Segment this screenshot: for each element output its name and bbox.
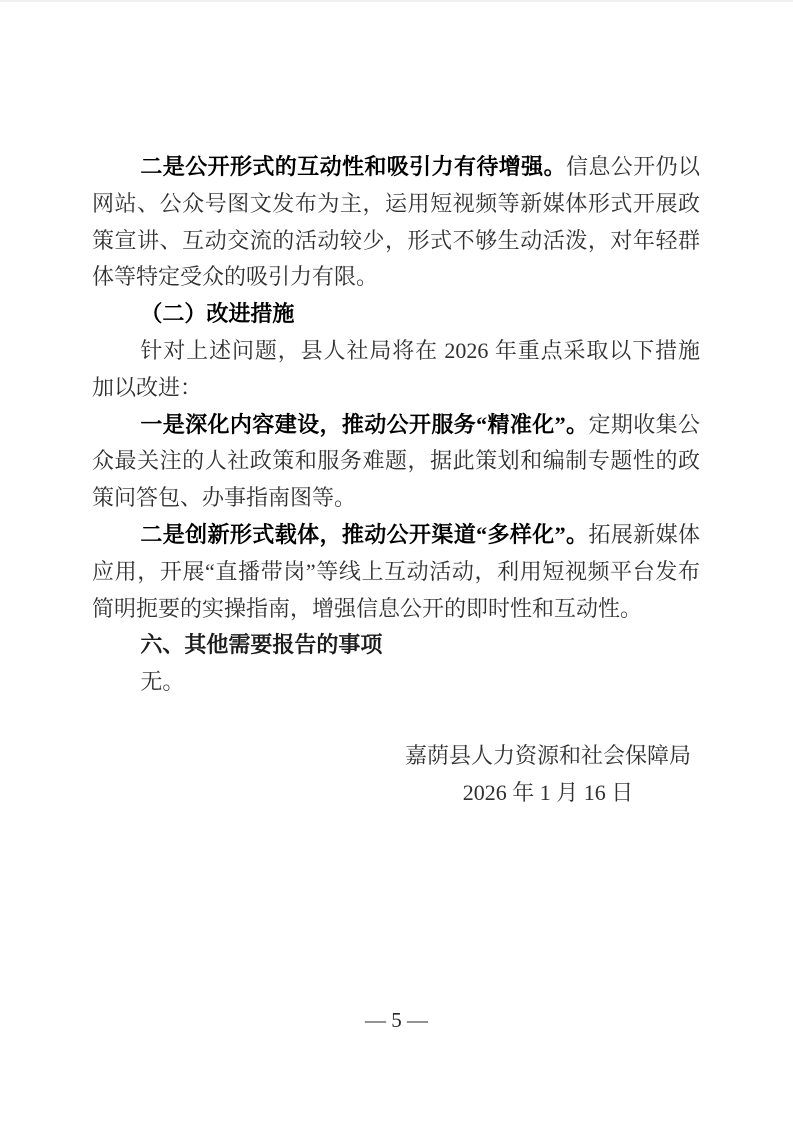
page-footer: — 5 — bbox=[0, 1005, 793, 1035]
signature-block: 嘉荫县人力资源和社会保障局 2026 年 1 月 16 日 bbox=[405, 738, 691, 812]
paragraph: 一是深化内容建设，推动公开服务“精准化”。定期收集公众最关注的人社政策和服务难题… bbox=[92, 407, 700, 517]
section-heading: 六、其他需要报告的事项 bbox=[92, 627, 700, 664]
paragraph: 二是公开形式的互动性和吸引力有待增强。信息公开仍以网站、公众号图文发布为主，运用… bbox=[92, 149, 700, 296]
document-page: 二是公开形式的互动性和吸引力有待增强。信息公开仍以网站、公众号图文发布为主，运用… bbox=[0, 0, 793, 1124]
paragraph: 无。 bbox=[92, 664, 700, 701]
paragraph-lead-emphasis: 一是深化内容建设，推动公开服务“精准化”。 bbox=[140, 412, 588, 437]
paragraph: 针对上述问题，县人社局将在 2026 年重点采取以下措施加以改进： bbox=[92, 333, 700, 407]
paragraph-lead-emphasis: 二是创新形式载体，推动公开渠道“多样化”。 bbox=[140, 522, 588, 547]
signature-organization: 嘉荫县人力资源和社会保障局 bbox=[405, 738, 691, 775]
signature-date: 2026 年 1 月 16 日 bbox=[405, 775, 691, 812]
paragraph-lead-emphasis: 二是公开形式的互动性和吸引力有待增强。 bbox=[140, 154, 566, 179]
page-number: — 5 — bbox=[365, 1008, 428, 1032]
section-subheading: （二）改进措施 bbox=[92, 296, 700, 333]
paragraph: 二是创新形式载体，推动公开渠道“多样化”。拓展新媒体应用，开展“直播带岗”等线上… bbox=[92, 517, 700, 627]
document-body: 二是公开形式的互动性和吸引力有待增强。信息公开仍以网站、公众号图文发布为主，运用… bbox=[92, 149, 700, 811]
